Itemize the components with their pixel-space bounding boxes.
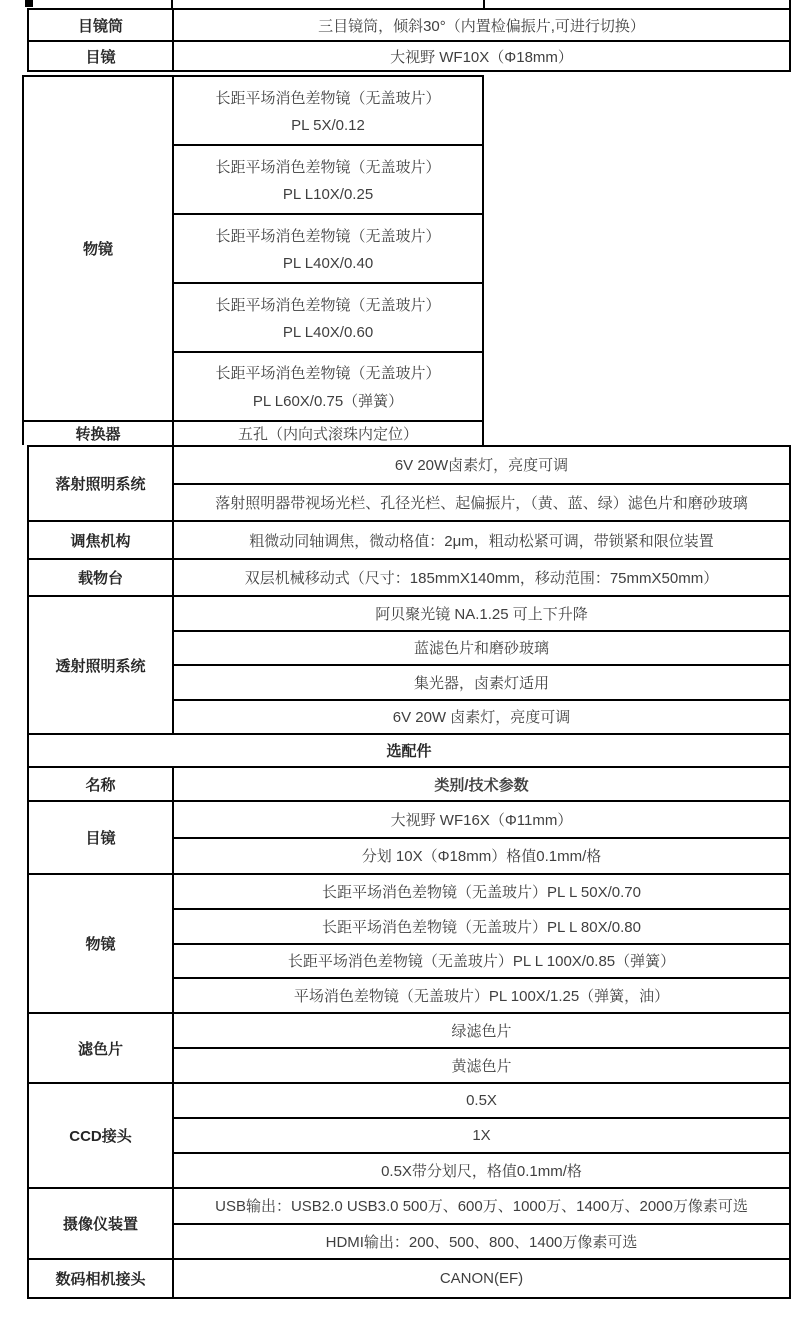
row-label: 落射照明系统 (29, 447, 174, 520)
options-eyepiece-group: 目镜 大视野 WF16X（Φ11mm） 分划 10X（Φ18mm）格值0.1mm… (29, 802, 789, 875)
row-value: 大视野 WF16X（Φ11mm） (174, 802, 789, 839)
row-value: 双层机械移动式（尺寸：185mmX140mm，移动范围：75mmX50mm） (174, 560, 789, 595)
row-label: 摄像仪装置 (29, 1189, 174, 1258)
objective-item: 长距平场消色差物镜（无盖玻片） PL 5X/0.12 (174, 77, 482, 146)
objective-item: 长距平场消色差物镜（无盖玻片） PL L60X/0.75（弹簧） (174, 353, 482, 420)
row-label: CCD接头 (29, 1084, 174, 1187)
row-label: 载物台 (29, 560, 174, 595)
row-label: 透射照明系统 (29, 597, 174, 733)
options-header-row: 名称 类别/技术参数 (29, 768, 789, 802)
row-label: 目镜 (29, 42, 174, 70)
header-name: 名称 (29, 768, 174, 800)
row-label: 目镜 (29, 802, 174, 873)
cutoff-column-divider (171, 0, 173, 8)
row-value: 蓝滤色片和磨砂玻璃 (174, 632, 789, 667)
objective-type: 长距平场消色差物镜（无盖玻片） (215, 225, 440, 246)
objective-spec: PL L60X/0.75（弹簧） (253, 390, 403, 411)
row-value: 0.5X带分划尺，格值0.1mm/格 (174, 1154, 789, 1187)
objective-spec: PL L40X/0.60 (283, 324, 373, 341)
row-value: 6V 20W卤素灯，亮度可调 (174, 447, 789, 485)
cutoff-nested-divider (483, 0, 485, 8)
table-row: 目镜 大视野 WF10X（Φ18mm） (29, 42, 789, 70)
objective-item: 长距平场消色差物镜（无盖玻片） PL L40X/0.60 (174, 284, 482, 353)
spec-sheet-page: 目镜筒 三目镜筒，倾斜30°（内置检偏振片,可进行切换） 目镜 大视野 WF10… (0, 0, 812, 1321)
row-value: 绿滤色片 (174, 1014, 789, 1049)
epi-illumination-group: 落射照明系统 6V 20W卤素灯，亮度可调 落射照明器带视场光栏、孔径光栏、起偏… (29, 447, 789, 522)
spec-table-lower: 落射照明系统 6V 20W卤素灯，亮度可调 落射照明器带视场光栏、孔径光栏、起偏… (27, 445, 791, 1299)
objective-type: 长距平场消色差物镜（无盖玻片） (215, 362, 440, 383)
spec-table-objectives: 物镜 长距平场消色差物镜（无盖玻片） PL 5X/0.12 长距平场消色差物镜（… (22, 75, 484, 445)
row-value: 分划 10X（Φ18mm）格值0.1mm/格 (174, 839, 789, 874)
row-value: 阿贝聚光镜 NA.1.25 可上下升降 (174, 597, 789, 632)
options-objective-group: 物镜 长距平场消色差物镜（无盖玻片）PL L 50X/0.70 长距平场消色差物… (29, 875, 789, 1014)
row-label: 物镜 (29, 875, 174, 1012)
row-value: 集光器，卤素灯适用 (174, 666, 789, 701)
options-filters-group: 滤色片 绿滤色片 黄滤色片 (29, 1014, 789, 1084)
objective-type: 长距平场消色差物镜（无盖玻片） (215, 156, 440, 177)
objective-type: 长距平场消色差物镜（无盖玻片） (215, 87, 440, 108)
row-label: 数码相机接头 (29, 1260, 174, 1297)
row-value: 大视野 WF10X（Φ18mm） (174, 42, 789, 70)
row-value: 长距平场消色差物镜（无盖玻片）PL L 100X/0.85（弹簧） (174, 945, 789, 980)
objective-group: 物镜 长距平场消色差物镜（无盖玻片） PL 5X/0.12 长距平场消色差物镜（… (24, 77, 482, 422)
row-value: 黄滤色片 (174, 1049, 789, 1082)
objective-type: 长距平场消色差物镜（无盖玻片） (215, 294, 440, 315)
row-value: 6V 20W 卤素灯，亮度可调 (174, 701, 789, 734)
objective-item: 长距平场消色差物镜（无盖玻片） PL L40X/0.40 (174, 215, 482, 284)
objective-spec: PL L40X/0.40 (283, 255, 373, 272)
objective-spec: PL L10X/0.25 (283, 186, 373, 203)
row-value: 三目镜筒，倾斜30°（内置检偏振片,可进行切换） (174, 10, 789, 40)
objective-values: 长距平场消色差物镜（无盖玻片） PL 5X/0.12 长距平场消色差物镜（无盖玻… (174, 77, 482, 420)
objective-spec: PL 5X/0.12 (291, 117, 365, 134)
row-value: 0.5X (174, 1084, 789, 1119)
row-label: 滤色片 (29, 1014, 174, 1082)
row-label: 调焦机构 (29, 522, 174, 558)
cutoff-right-border (789, 0, 791, 8)
row-value: USB输出：USB2.0 USB3.0 500万、600万、1000万、1400… (174, 1189, 789, 1225)
row-value: 1X (174, 1119, 789, 1154)
row-value: HDMI输出：200、500、800、1400万像素可选 (174, 1225, 789, 1259)
spec-table-upper: 目镜筒 三目镜筒，倾斜30°（内置检偏振片,可进行切换） 目镜 大视野 WF10… (27, 8, 791, 72)
row-value: CANON(EF) (174, 1260, 789, 1297)
row-value: 粗微动同轴调焦，微动格值：2μm，粗动松紧可调，带锁紧和限位装置 (174, 522, 789, 558)
table-row: 载物台 双层机械移动式（尺寸：185mmX140mm，移动范围：75mmX50m… (29, 560, 789, 597)
row-label: 目镜筒 (29, 10, 174, 40)
header-params: 类别/技术参数 (174, 768, 789, 800)
table-row: 目镜筒 三目镜筒，倾斜30°（内置检偏振片,可进行切换） (29, 10, 789, 42)
row-value: 落射照明器带视场光栏、孔径光栏、起偏振片，（黄、蓝、绿）滤色片和磨砂玻璃 (174, 485, 789, 521)
table-row: 数码相机接头 CANON(EF) (29, 1260, 789, 1297)
options-section-title: 选配件 (29, 735, 789, 768)
trans-illumination-group: 透射照明系统 阿贝聚光镜 NA.1.25 可上下升降 蓝滤色片和磨砂玻璃 集光器… (29, 597, 789, 735)
cutoff-border-mark (25, 0, 33, 7)
table-row: 转换器 五孔（内向式滚珠内定位） (24, 422, 482, 445)
row-label: 物镜 (24, 77, 174, 420)
objective-item: 长距平场消色差物镜（无盖玻片） PL L10X/0.25 (174, 146, 482, 215)
options-ccd-group: CCD接头 0.5X 1X 0.5X带分划尺，格值0.1mm/格 (29, 1084, 789, 1189)
row-value: 平场消色差物镜（无盖玻片）PL 100X/1.25（弹簧，油） (174, 979, 789, 1012)
options-camera-group: 摄像仪装置 USB输出：USB2.0 USB3.0 500万、600万、1000… (29, 1189, 789, 1260)
row-label: 转换器 (24, 422, 174, 445)
row-value: 长距平场消色差物镜（无盖玻片）PL L 80X/0.80 (174, 910, 789, 945)
row-value: 长距平场消色差物镜（无盖玻片）PL L 50X/0.70 (174, 875, 789, 910)
table-row: 调焦机构 粗微动同轴调焦，微动格值：2μm，粗动松紧可调，带锁紧和限位装置 (29, 522, 789, 560)
row-value: 五孔（内向式滚珠内定位） (174, 422, 482, 445)
table-top-cutoff-row (0, 0, 812, 8)
